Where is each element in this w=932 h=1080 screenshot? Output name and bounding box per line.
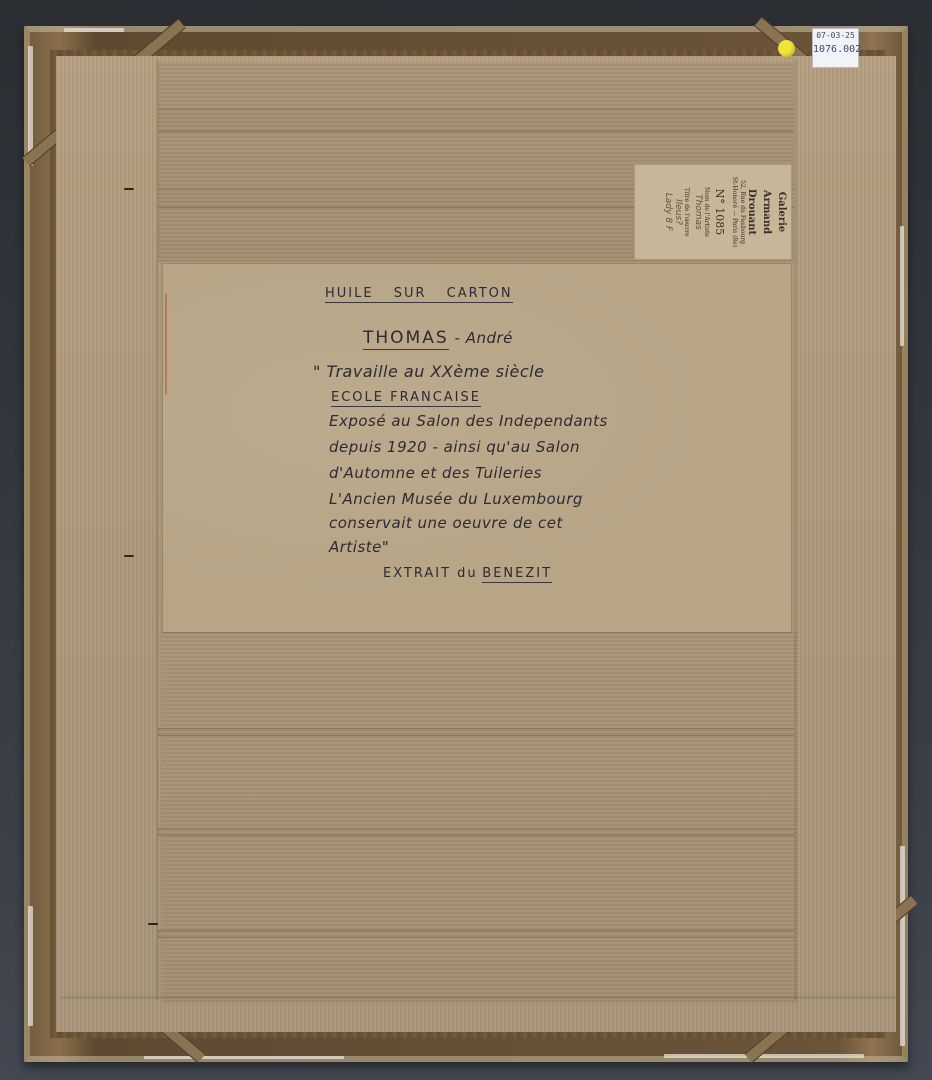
gallery-extra-value: Lady 8 F: [663, 165, 673, 259]
gallery-number: N° 1085: [713, 165, 726, 259]
paper-tape-strip: [158, 930, 794, 938]
nail: [124, 555, 134, 557]
paint-chip: [64, 28, 124, 32]
gallery-label: Galerie Armand Drouant 52, Rue du Faubou…: [634, 164, 792, 260]
paint-chip: [144, 1056, 344, 1059]
kraft-paper-bottom-panel: [162, 632, 798, 1002]
gallery-artist-field: Nom de l'Artiste: [703, 165, 710, 259]
nail: [124, 188, 134, 190]
note-line-5: d'Automne et des Tuileries: [329, 464, 542, 482]
gallery-number-value: 1085: [713, 207, 726, 235]
paper-fold-line: [156, 60, 159, 1000]
gallery-title-field: Titre de l'œuvre: [683, 165, 690, 259]
gallery-artist-value: Thomas: [693, 165, 703, 259]
gallery-number-prefix: N°: [713, 189, 726, 204]
note-line-4: depuis 1920 - ainsi qu'au Salon: [329, 438, 580, 456]
gallery-address-1: 52, Rue du Faubourg: [738, 165, 746, 259]
paint-chip: [664, 1054, 864, 1058]
artist-surname: THOMAS: [363, 328, 449, 350]
sticker-lot-number: 1076.002: [813, 44, 858, 55]
paper-tape-strip: [158, 108, 794, 132]
note-line-2: ECOLE FRANCAISE: [331, 390, 481, 407]
gallery-name-3: Drouant: [746, 165, 757, 259]
red-mark: [165, 294, 167, 394]
artist-line: THOMAS - André: [363, 328, 513, 348]
source-name: BENEZIT: [482, 566, 552, 583]
medium-text: HUILE SUR CARTON: [325, 286, 513, 303]
source-line: EXTRAIT du BENEZIT: [383, 566, 552, 581]
note-line-3: Exposé au Salon des Independants: [329, 412, 608, 430]
note-line-8: Artiste": [329, 538, 389, 556]
note-line-6: L'Ancien Musée du Luxembourg: [329, 490, 583, 508]
note-line-7: conservait une oeuvre de cet: [329, 514, 563, 532]
handwritten-note-card: HUILE SUR CARTON THOMAS - André " Travai…: [163, 264, 791, 632]
gallery-title-value: Ileus?: [673, 165, 683, 259]
gallery-name-1: Galerie: [776, 165, 787, 259]
gallery-address-2: St-Honoré — Paris (8e): [730, 165, 738, 259]
paper-fold-line: [60, 996, 896, 999]
paint-chip: [28, 906, 33, 1026]
note-line-1: " Travaille au XXème siècle: [313, 362, 544, 381]
paper-tape-strip: [158, 828, 794, 836]
inventory-sticker: 07-03-25 1076.002: [812, 28, 859, 68]
artist-firstname: - André: [455, 329, 513, 347]
source-prefix: EXTRAIT du: [383, 566, 478, 581]
gallery-name-2: Armand: [761, 165, 772, 259]
paper-fold-line: [794, 60, 797, 1000]
paint-chip: [900, 846, 905, 1046]
sticker-date: 07-03-25: [813, 31, 858, 40]
paper-tape-strip: [158, 728, 794, 736]
nail: [148, 923, 158, 925]
paint-chip: [900, 226, 904, 346]
yellow-marker-dot: [778, 40, 795, 57]
